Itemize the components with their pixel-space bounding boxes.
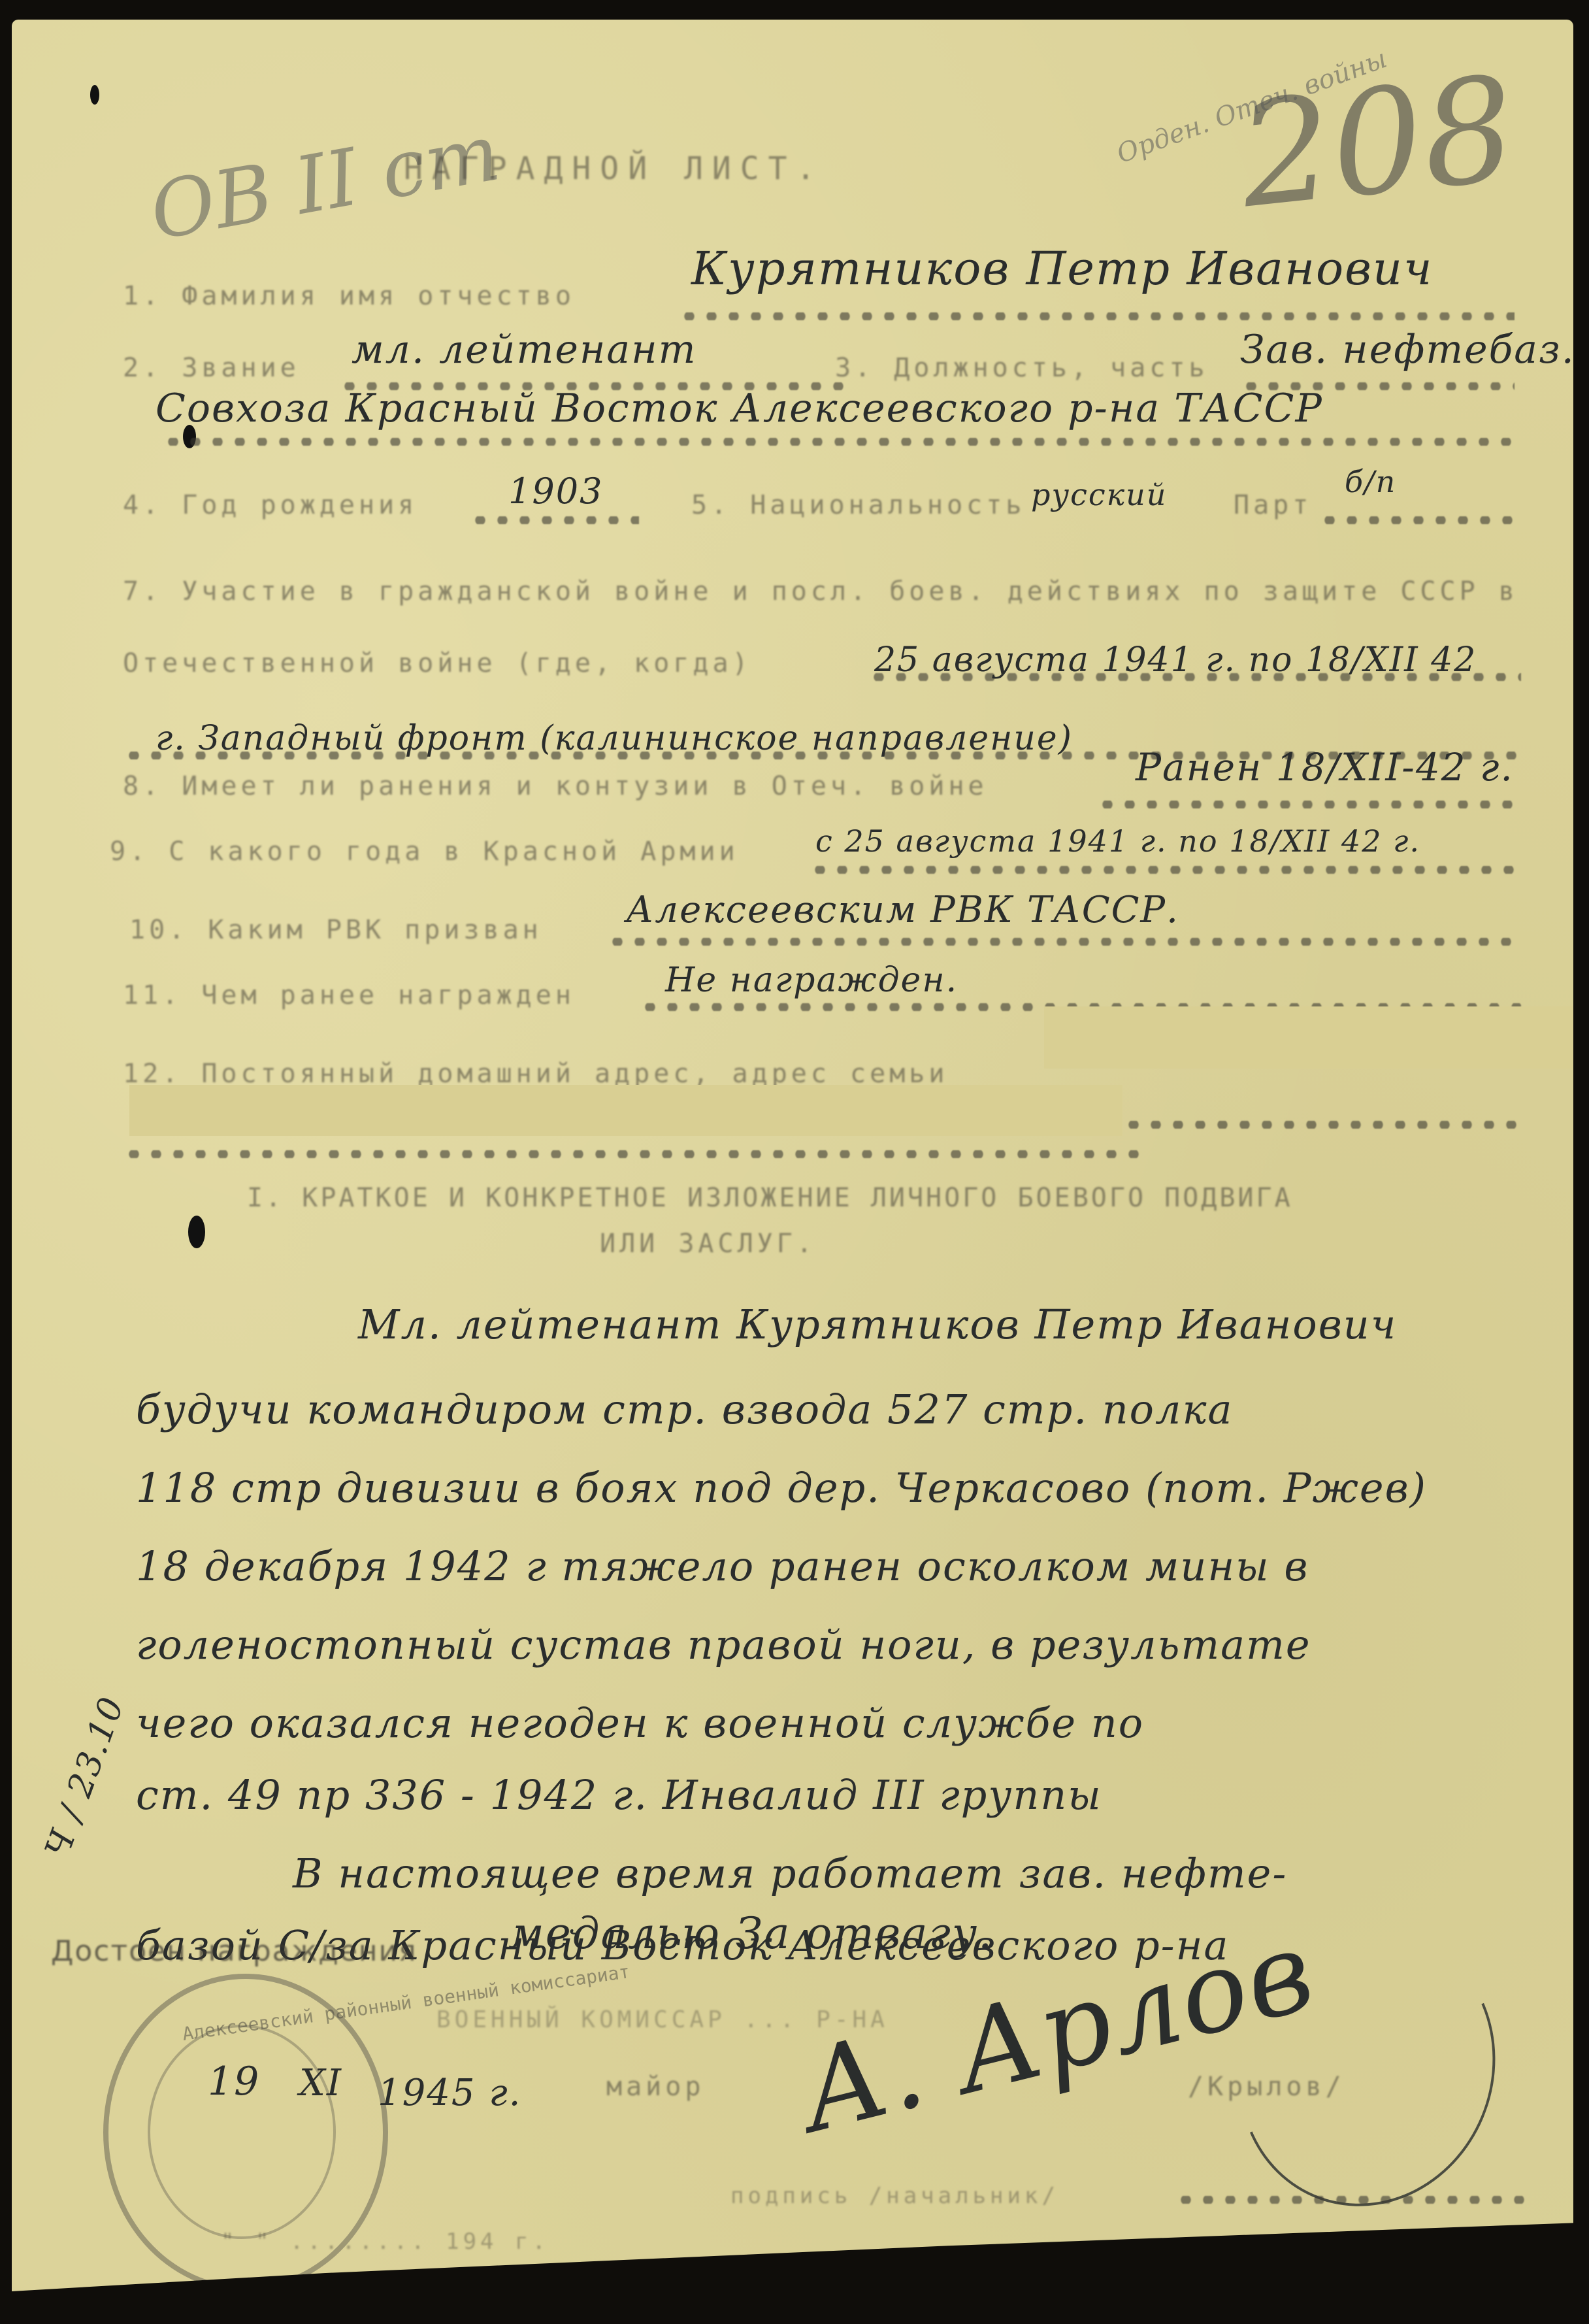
narrative-line: 118 стр дивизии в боях под дер. Черкасов… [136,1464,1541,1542]
field-number: 10. [129,915,188,945]
narrative-line: ст. 49 пр 336 - 1942 г. Инвалид III груп… [136,1771,1541,1850]
field-3b-dotted-line [162,438,1521,446]
bottom-dotted-line [1175,2196,1528,2204]
document-title: НАГРАДНОЙ ЛИСТ. [404,150,824,187]
field-label: Имеет ли ранения и контузии в Отеч. войн… [182,771,987,801]
field-11-value: Не награжден. [665,961,958,1000]
field-label: С какого года в Красной Армии [169,837,738,867]
margin-note: Ч / 23.10 [38,1691,132,1863]
field-3-continuation: Совхоза Красный Восток Алексеевского р-н… [156,386,1323,431]
field-1-value: Курятников Петр Иванович [691,242,1433,295]
field-1-label: 1. Фамилия имя отчество [123,281,575,311]
award-label: Достоен награждения [51,1934,418,1968]
bottom-label: подпись /начальник/ [730,2183,1059,2209]
field-number: 7. [123,576,162,606]
field-label: Каким РВК призван [208,915,542,945]
field-label: Звание [182,353,300,383]
award-sheet-page: ОВ II ст 208 Орден. Отеч. войны НАГРАДНО… [12,20,1573,2300]
field-10-label: 10. Каким РВК призван [129,915,542,945]
redacted-address-block-1 [1044,1006,1580,1069]
redacted-address-block-2 [129,1085,1122,1136]
field-label: Национальность [750,490,1025,520]
field-label: Фамилия имя отчество [182,281,575,311]
field-label: Чем ранее награжден [201,980,575,1010]
stamp-inner-ring [148,2025,336,2239]
field-number: 5. [691,490,730,520]
field-label: Парт [1234,490,1312,520]
narrative-line: 18 декабря 1942 г тяжело ранен осколком … [136,1542,1541,1621]
field-number: 9. [110,837,149,867]
field-9-label: 9. С какого года в Красной Армии [110,837,739,867]
field-number: 4. [123,490,162,520]
section-heading-line1: I. КРАТКОЕ И КОНКРЕТНОЕ ИЗЛОЖЕНИЕ ЛИЧНОГ… [247,1183,1293,1213]
field-6-label: Парт [1234,490,1312,520]
field-number: 3. [835,353,874,383]
field-label: Год рождения [182,490,418,520]
field-9-dotted-line [809,866,1521,874]
narrative-block: Мл. лейтенант Курятников Петр Иванович б… [136,1301,1541,1993]
bottom-date-fragment: " " ........ 194 г. [221,2229,549,2255]
punch-hole-mid [188,1216,205,1248]
field-10-dotted-line [606,938,1521,946]
field-10-value: Алексеевским РВК ТАССР. [626,889,1179,931]
field-12-dotted-line [1122,1121,1521,1129]
field-2-value: мл. лейтенант [352,327,697,373]
section-heading-line2: ИЛИ ЗАСЛУГ. [600,1229,816,1259]
field-8-label: 8. Имеет ли ранения и контузии в Отеч. в… [123,771,988,801]
field-5-label: 5. Национальность [691,490,1025,520]
field-4-value: 1903 [508,471,603,512]
field-3-label: 3. Должность, часть [835,353,1209,383]
narrative-line: будучи командиром стр. взвода 527 стр. п… [136,1386,1541,1464]
field-4-label: 4. Год рождения [123,490,418,520]
field-number: 8. [123,771,162,801]
field-6-value: б/п [1345,464,1396,499]
field-number: 11. [123,980,182,1010]
field-6-dotted-line [1319,516,1515,524]
date-month: XI [299,2062,342,2104]
field-8-dotted-line [1096,801,1521,808]
field-9-value: с 25 августа 1941 г. по 18/XII 42 г. [815,823,1420,859]
field-3-value: Зав. нефтебаз. [1240,327,1575,373]
field-2-label: 2. Звание [123,353,300,383]
award-value: медалью За отвагу. [508,1908,993,1959]
field-4-dotted-line [469,516,639,524]
field-5-value: русский [1031,477,1167,512]
field-12b-dotted-line [123,1150,1142,1158]
date-year: 1945 г. [378,2072,521,2114]
date-day: 19 [208,2059,260,2104]
rank-label: майор [606,2072,704,2102]
signer-name-typed: /Крылов/ [1188,2072,1345,2102]
field-8-value: Ранен 18/XII-42 г. [1136,745,1514,789]
punch-hole-top [90,85,99,105]
narrative-line: чего оказался негоден к военной службе п… [136,1699,1541,1771]
field-number: 1. [123,281,162,311]
field-11-label: 11. Чем ранее награжден [123,980,575,1010]
field-1-dotted-line [678,312,1515,320]
narrative-line: голеностопный сустав правой ноги, в резу… [136,1621,1541,1699]
narrative-line: Мл. лейтенант Курятников Петр Иванович [358,1301,1589,1386]
field-number: 2. [123,353,162,383]
field-label: Должность, часть [894,353,1208,383]
